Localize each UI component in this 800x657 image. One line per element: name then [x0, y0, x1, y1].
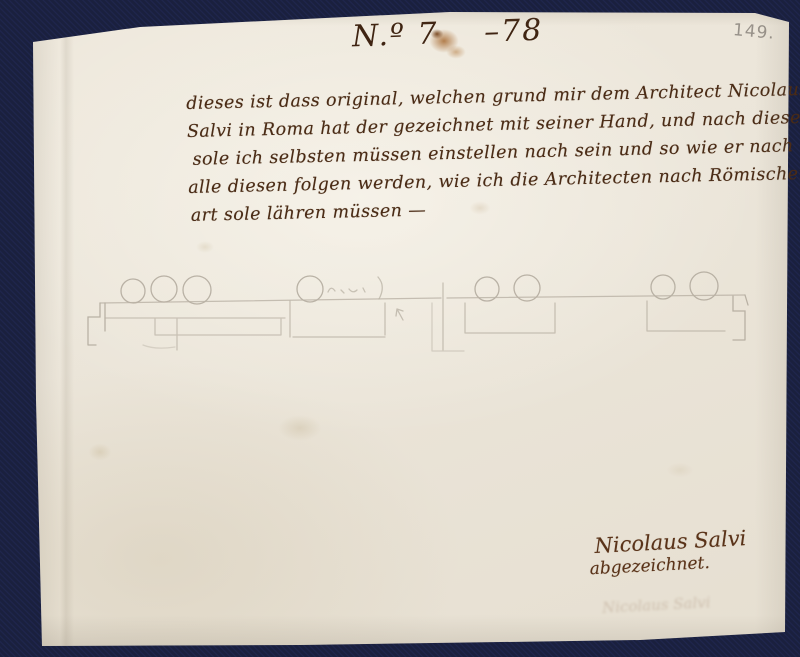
document-number-prefix: N.º 7: [351, 16, 439, 54]
pencil-plan-sketch: [85, 265, 765, 370]
signature-block: Nicolaus Salvi abgezeichnet.: [594, 526, 748, 579]
handwritten-text-block: dieses ist dass original, welchen grund …: [186, 77, 775, 230]
document-number-suffix: –78: [484, 13, 544, 50]
document-number-heading: N.º 7 –78: [351, 13, 543, 55]
folio-number: 149.: [732, 20, 775, 44]
photograph-of-manuscript: { "document": { "header": { "number_pref…: [0, 0, 800, 657]
